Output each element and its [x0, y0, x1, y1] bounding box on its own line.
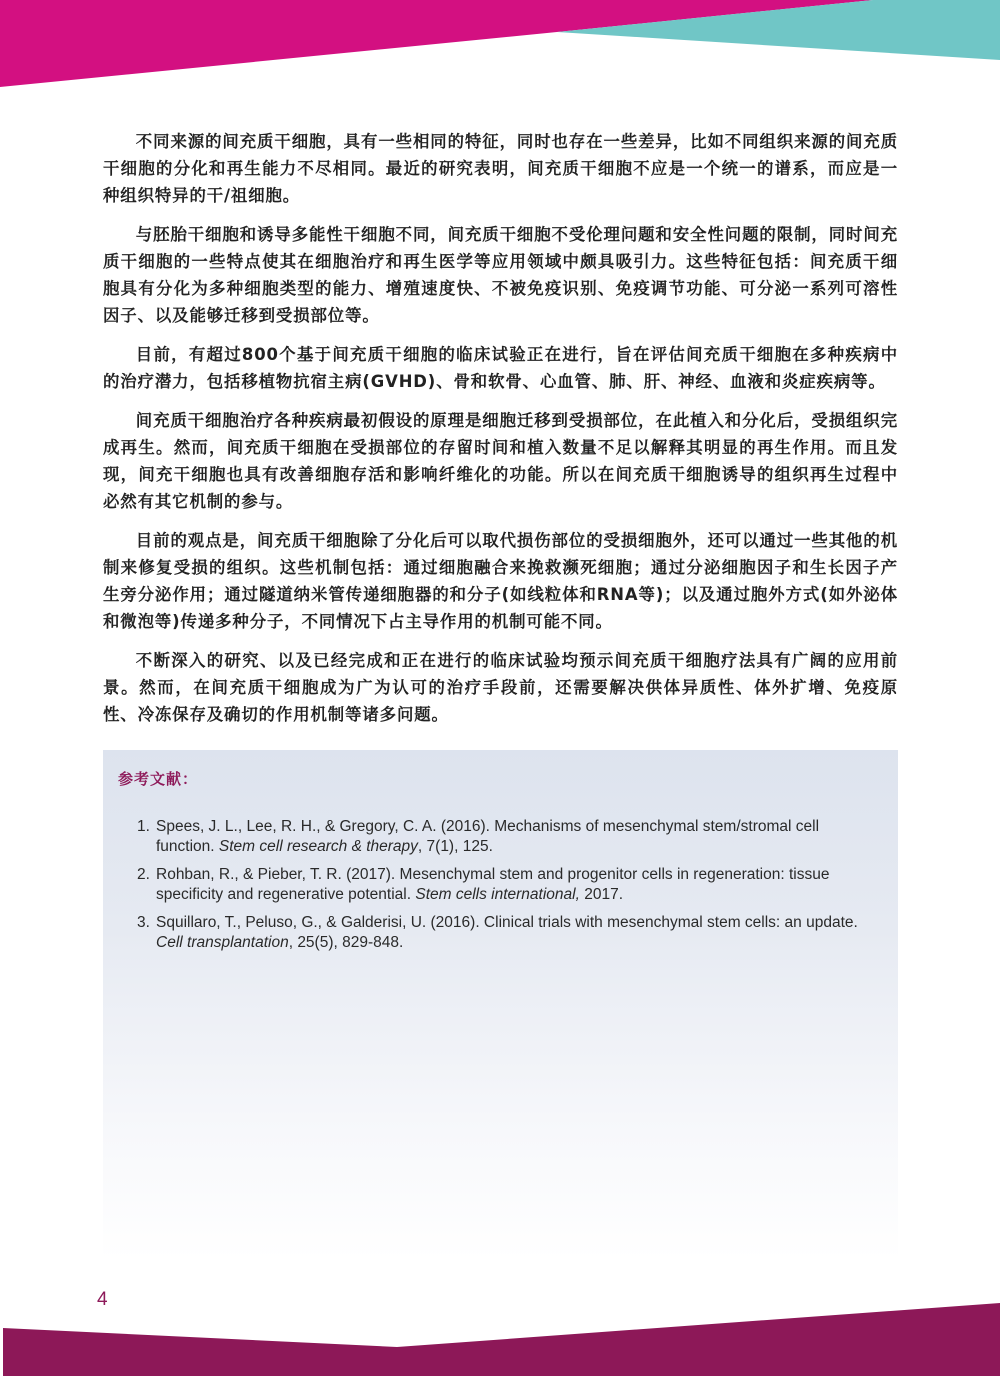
paragraph: 不断深入的研究、以及已经完成和正在进行的临床试验均预示间充质干细胞疗法具有广阔的…: [103, 647, 898, 728]
paragraph: 目前，有超过800个基于间充质干细胞的临床试验正在进行，旨在评估间充质干细胞在多…: [103, 341, 898, 395]
reference-journal: Cell transplantation: [156, 934, 289, 951]
paragraph: 目前的观点是，间充质干细胞除了分化后可以取代损伤部位的受损细胞外，还可以通过一些…: [103, 527, 898, 635]
body-text: 不同来源的间充质干细胞，具有一些相同的特征，同时也存在一些差异，比如不同组织来源…: [103, 128, 898, 740]
references-box: 参考文献： 1. Spees, J. L., Lee, R. H., & Gre…: [103, 750, 898, 1260]
reference-journal: Stem cell research & therapy: [219, 838, 418, 855]
reference-item: 2. Rohban, R., & Pieber, T. R. (2017). M…: [137, 865, 877, 905]
reference-volume: , 7(1), 125.: [418, 838, 493, 855]
reference-number: 2.: [137, 865, 150, 885]
footer-plum-band: [3, 1303, 1000, 1376]
reference-volume: , 25(5), 829-848.: [289, 934, 404, 951]
reference-journal: Stem cells international,: [415, 886, 580, 903]
paragraph: 与胚胎干细胞和诱导多能性干细胞不同，间充质干细胞不受伦理问题和安全性问题的限制，…: [103, 221, 898, 329]
reference-item: 1. Spees, J. L., Lee, R. H., & Gregory, …: [137, 817, 877, 857]
references-list: 1. Spees, J. L., Lee, R. H., & Gregory, …: [137, 817, 877, 961]
footer-decoration: [0, 1296, 1000, 1376]
references-heading: 参考文献：: [118, 768, 198, 789]
reference-text: Squillaro, T., Peluso, G., & Galderisi, …: [156, 914, 858, 931]
header-decoration: [0, 0, 1000, 90]
reference-volume: 2017.: [580, 886, 623, 903]
reference-number: 1.: [137, 817, 150, 837]
reference-number: 3.: [137, 913, 150, 933]
paragraph: 间充质干细胞治疗各种疾病最初假设的原理是细胞迁移到受损部位，在此植入和分化后，受…: [103, 407, 898, 515]
reference-item: 3. Squillaro, T., Peluso, G., & Galderis…: [137, 913, 877, 953]
paragraph: 不同来源的间充质干细胞，具有一些相同的特征，同时也存在一些差异，比如不同组织来源…: [103, 128, 898, 209]
